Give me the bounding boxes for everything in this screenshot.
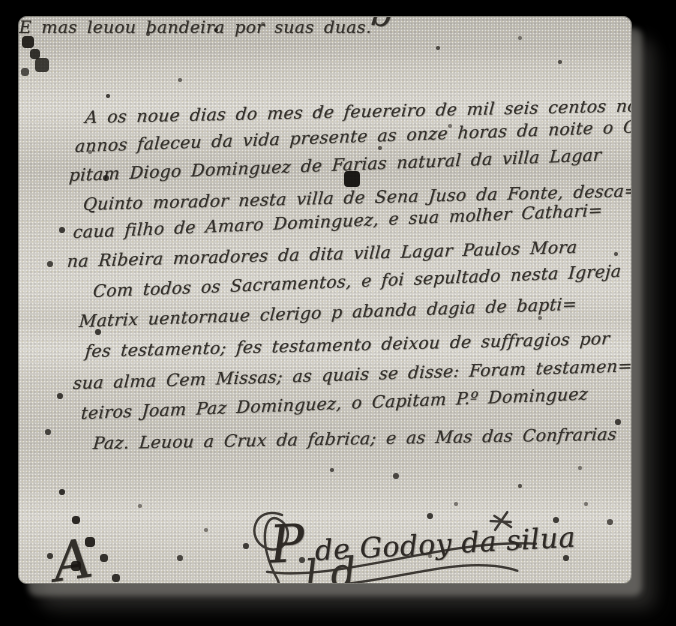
ink-specks	[19, 17, 21, 19]
manuscript-line: E mas leuou bandeira por suas duas.	[19, 17, 371, 39]
scan-background: { "page": { "background_color": "#000000…	[0, 0, 676, 626]
cut-off-stroke-bottom-mid: l d	[303, 549, 357, 584]
signature-block: P de Godoy da silua	[241, 487, 556, 584]
manuscript-page: b A os noue dias do mes de feuereiro de …	[18, 16, 632, 584]
cut-off-stroke-top: b	[369, 16, 395, 36]
manuscript-line: Paz. Leuou a Crux da fabrica; e as Mas d…	[92, 424, 618, 455]
cut-off-stroke-bottom-left: A	[49, 527, 96, 584]
